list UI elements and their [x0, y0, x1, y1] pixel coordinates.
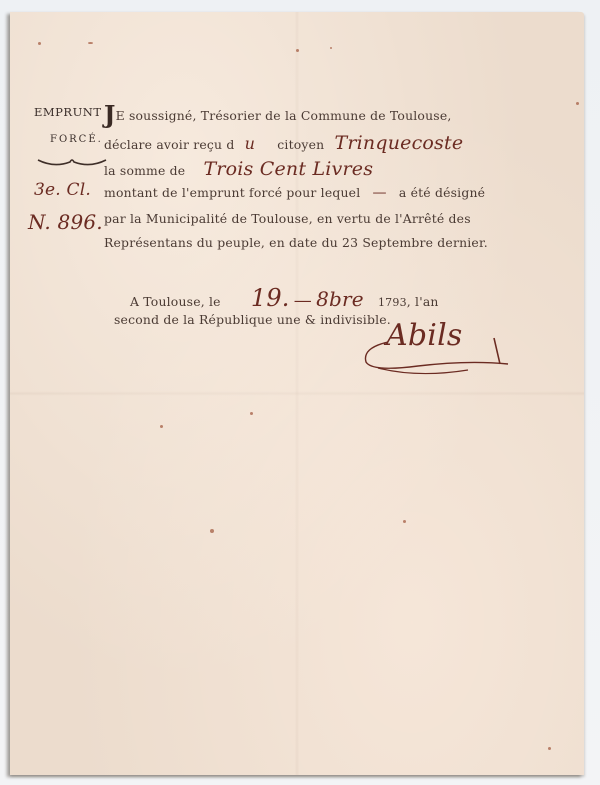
handwritten-citizen-name: Trinquecoste	[334, 132, 463, 154]
handwritten-article: u	[245, 134, 256, 153]
body-line-4: montant de l'emprunt forcé pour lequel —…	[104, 185, 485, 201]
handwritten-dash: —	[373, 185, 387, 201]
document-paper: EMPRUNT FORCÉ. 3e. Cl. N. 896. JE soussi…	[10, 12, 584, 775]
handwritten-amount: Trois Cent Livres	[203, 158, 373, 180]
dateline-2: second de la République une & indivisibl…	[114, 312, 391, 327]
body-line-2-citoyen: citoyen	[277, 137, 324, 152]
body-line-2-prefix: déclare avoir reçu d	[104, 137, 234, 152]
handwritten-dash-2: —	[294, 290, 312, 311]
handwritten-month: 8bre	[316, 287, 364, 311]
body-line-3: la somme de Trois Cent Livres	[104, 158, 373, 180]
margin-heading-emprunt: EMPRUNT	[34, 105, 102, 119]
foxing-spot	[576, 102, 579, 105]
foxing-spot	[38, 42, 41, 45]
margin-heading-force: FORCÉ.	[50, 134, 103, 145]
body-line-1-text: E soussigné, Trésorier de la Commune de …	[116, 108, 452, 123]
drop-cap: J	[104, 100, 116, 129]
foxing-spot	[296, 49, 299, 52]
handwritten-day: 19.	[251, 284, 290, 312]
foxing-spot	[210, 529, 214, 533]
dateline-year: 1793	[378, 296, 407, 309]
dateline-place: A Toulouse, le	[130, 294, 221, 309]
foxing-spot	[250, 412, 253, 415]
foxing-spot	[548, 747, 551, 750]
foxing-spot	[160, 425, 163, 428]
signature-flourish-icon	[358, 334, 518, 378]
handwritten-receipt-number: N. 896.	[28, 210, 103, 234]
dateline-suffix: , l'an	[407, 294, 439, 309]
body-line-5: par la Municipalité de Toulouse, en vert…	[104, 211, 471, 226]
dateline-1: A Toulouse, le 19. — 8bre 1793, l'an	[130, 284, 439, 312]
handwritten-class: 3e. Cl.	[34, 180, 91, 200]
body-line-2: déclare avoir reçu d u citoyen Trinqueco…	[104, 132, 463, 154]
body-line-1: JE soussigné, Trésorier de la Commune de…	[104, 100, 452, 129]
foxing-spot	[403, 520, 406, 523]
body-line-3-prefix: la somme de	[104, 163, 185, 178]
flourish-ornament-icon	[36, 154, 108, 170]
body-line-4-prefix: montant de l'emprunt forcé pour lequel	[104, 185, 360, 200]
foxing-spot	[88, 42, 93, 44]
body-line-4-suffix: a été désigné	[399, 185, 485, 200]
foxing-spot	[330, 47, 332, 49]
body-line-6: Représentans du peuple, en date du 23 Se…	[104, 235, 488, 250]
